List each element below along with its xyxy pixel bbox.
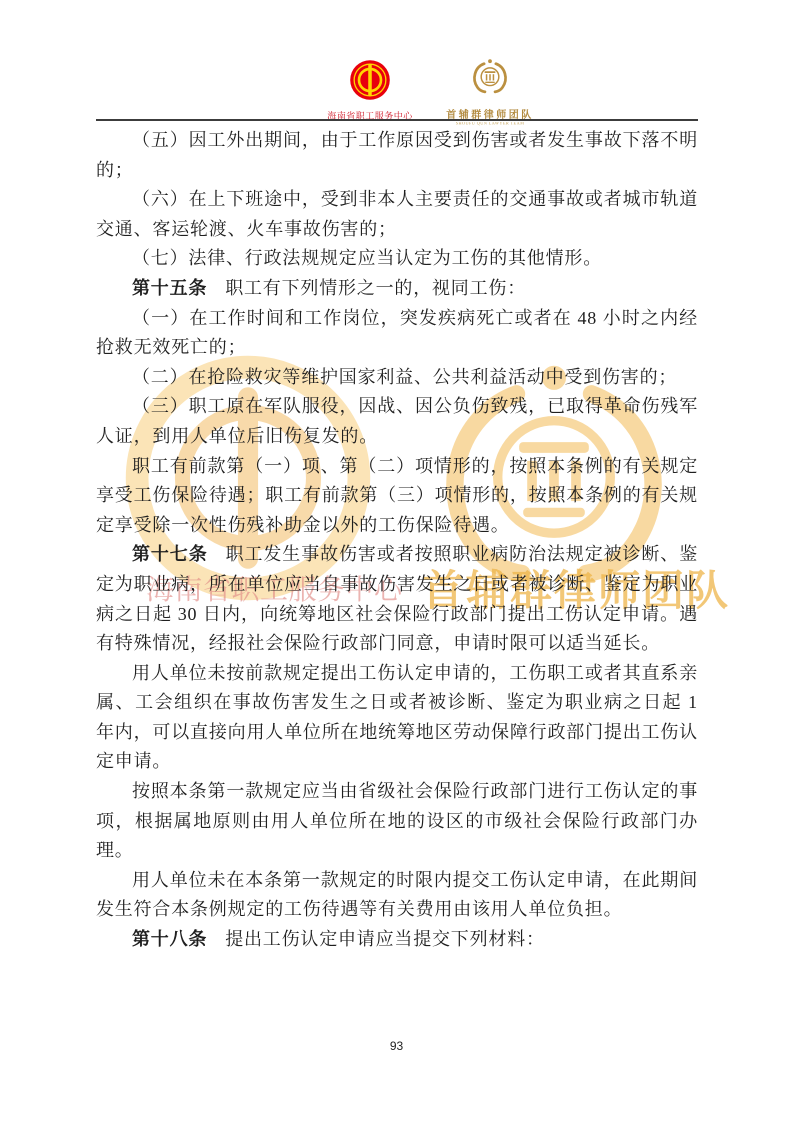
paragraph-employer-cost: 用人单位未在本条第一款规定的时限内提交工伤认定申请，在此期间发生符合本条例规定的… (96, 866, 698, 925)
paragraph-text: 用人单位未按前款规定提出工伤认定申请的，工伤职工或者其直系亲属、工会组织在事故伤… (96, 663, 698, 772)
paragraph-text: 按照本条第一款规定应当由省级社会保险行政部门进行工伤认定的事项，根据属地原则由用… (96, 781, 698, 860)
article-term: 第十七条 (132, 544, 208, 564)
law-team-emblem-icon (469, 57, 511, 99)
union-emblem-icon (348, 58, 392, 102)
paragraph-provincial: 按照本条第一款规定应当由省级社会保险行政部门进行工伤认定的事项，根据属地原则由用… (96, 777, 698, 866)
paragraph-text: 职工有下列情形之一的，视同工伤： (225, 278, 526, 298)
paragraph-item-2: （二）在抢险救灾等维护国家利益、公共利益活动中受到伤害的； (96, 363, 698, 393)
document-page: 海南省职工服务中心 首辅群律师团队 SHOUFU QUN LAWYER TEAM (0, 0, 793, 1122)
paragraph-text: （七）法律、行政法规规定应当认定为工伤的其他情形。 (132, 248, 602, 268)
paragraph-item-1: （一）在工作时间和工作岗位，突发疾病死亡或者在 48 小时之内经抢救无效死亡的； (96, 304, 698, 363)
paragraph-item-3: （三）职工原在军队服役，因战、因公负伤致残，已取得革命伤残军人证，到用人单位后旧… (96, 392, 698, 451)
paragraph-item-5: （五）因工外出期间，由于工作原因受到伤害或者发生事故下落不明的； (96, 126, 698, 185)
paragraph-article-18: 第十八条提出工伤认定申请应当提交下列材料： (96, 925, 698, 955)
header-divider (96, 119, 698, 121)
law-team-logo: 首辅群律师团队 SHOUFU QUN LAWYER TEAM (436, 57, 544, 127)
paragraph-benefits: 职工有前款第（一）项、第（二）项情形的，按照本条例的有关规定享受工伤保险待遇；职… (96, 452, 698, 541)
paragraph-text: 用人单位未在本条第一款规定的时限内提交工伤认定申请，在此期间发生符合本条例规定的… (96, 870, 698, 920)
paragraph-article-17: 第十七条职工发生事故伤害或者按照职业病防治法规定被诊断、鉴定为职业病，所在单位应… (96, 540, 698, 658)
article-term: 第十八条 (132, 929, 207, 949)
paragraph-one-year: 用人单位未按前款规定提出工伤认定申请的，工伤职工或者其直系亲属、工会组织在事故伤… (96, 659, 698, 777)
union-logo: 海南省职工服务中心 (322, 58, 418, 122)
document-body: （五）因工外出期间，由于工作原因受到伤害或者发生事故下落不明的； （六）在上下班… (96, 126, 698, 955)
paragraph-item-6: （六）在上下班途中，受到非本人主要责任的交通事故或者城市轨道交通、客运轮渡、火车… (96, 185, 698, 244)
paragraph-text: （五）因工外出期间，由于工作原因受到伤害或者发生事故下落不明的； (96, 130, 698, 180)
paragraph-item-7: （七）法律、行政法规规定应当认定为工伤的其他情形。 (96, 244, 698, 274)
paragraph-article-15: 第十五条职工有下列情形之一的，视同工伤： (96, 274, 698, 304)
paragraph-text: （六）在上下班途中，受到非本人主要责任的交通事故或者城市轨道交通、客运轮渡、火车… (96, 189, 698, 239)
article-term: 第十五条 (132, 278, 207, 298)
paragraph-text: 职工有前款第（一）项、第（二）项情形的，按照本条例的有关规定享受工伤保险待遇；职… (96, 456, 698, 535)
paragraph-text: 提出工伤认定申请应当提交下列材料： (225, 929, 545, 949)
paragraph-text: （一）在工作时间和工作岗位，突发疾病死亡或者在 48 小时之内经抢救无效死亡的； (96, 308, 698, 358)
page-footer: 93 (0, 1037, 793, 1055)
paragraph-text: （二）在抢险救灾等维护国家利益、公共利益活动中受到伤害的； (132, 367, 677, 387)
paragraph-text: （三）职工原在军队服役，因战、因公负伤致残，已取得革命伤残军人证，到用人单位后旧… (96, 396, 698, 446)
page-number: 93 (390, 1039, 403, 1053)
